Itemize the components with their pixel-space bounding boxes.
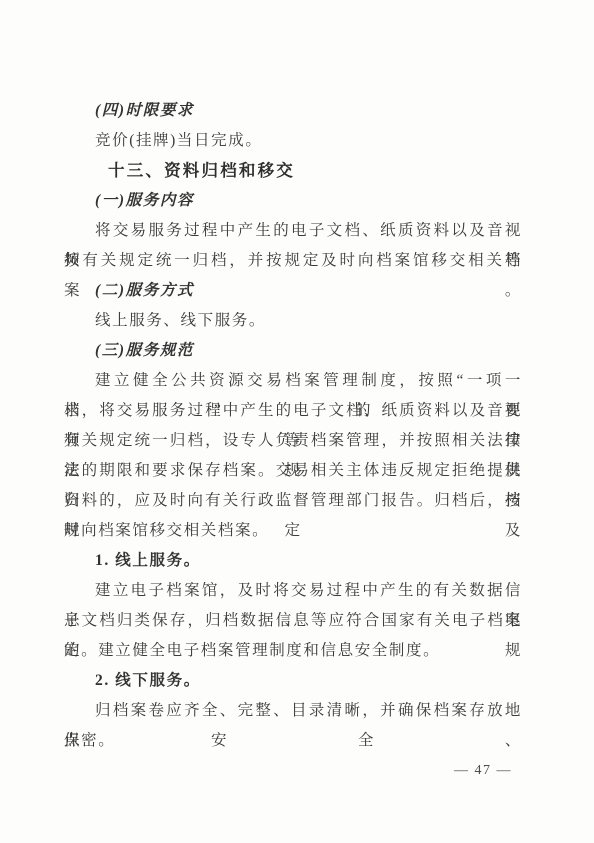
subsection-heading-service-content: (一)服务内容 bbox=[64, 186, 522, 216]
subsection-heading-service-standard: (三)服务规范 bbox=[64, 336, 522, 366]
body-line: 建立电子档案馆，及时将交易过程中产生的有关数据信息、电 bbox=[64, 576, 522, 606]
numbered-item-online-service: 1. 线上服务。 bbox=[64, 546, 522, 576]
numbered-item-offline-service: 2. 线下服务。 bbox=[64, 666, 522, 696]
body-line-service-mode: 线上服务、线下服务。 bbox=[64, 306, 522, 336]
page-number: — 47 — bbox=[64, 756, 522, 786]
subsection-heading-time-limit: (四)时限要求 bbox=[64, 96, 522, 126]
body-line: 定的期限和要求保存档案。交易相关主体违反规定拒绝提供归档 bbox=[64, 456, 522, 486]
body-line: 子文档归类保存，归档数据信息等应符合国家有关电子档案的规 bbox=[64, 606, 522, 636]
document-page: (四)时限要求 竞价(挂牌)当日完成。 十三、资料归档和移交 (一)服务内容 将… bbox=[0, 0, 594, 843]
body-line: 按有关规定统一归档，并按规定及时向档案馆移交相关档案。 bbox=[64, 246, 522, 276]
body-line: 归档案卷应齐全、完整、目录清晰，并确保档案存放地点安全、 bbox=[64, 696, 522, 726]
body-line: 建立健全公共资源交易档案管理制度，按照“一项一档”的要 bbox=[64, 366, 522, 396]
body-line: 求，将交易服务过程中产生的电子文档、纸质资料以及音视频等按 bbox=[64, 396, 522, 426]
body-line: 资料的，应及时向有关行政监督管理部门报告。归档后，按规定及 bbox=[64, 486, 522, 516]
body-line: 有关规定统一归档，设专人负责档案管理，并按照相关法律法规规 bbox=[64, 426, 522, 456]
body-line-time-limit: 竞价(挂牌)当日完成。 bbox=[64, 126, 522, 156]
chapter-heading-archive-transfer: 十三、资料归档和移交 bbox=[64, 156, 522, 186]
body-line: 将交易服务过程中产生的电子文档、纸质资料以及音视频等 bbox=[64, 216, 522, 246]
